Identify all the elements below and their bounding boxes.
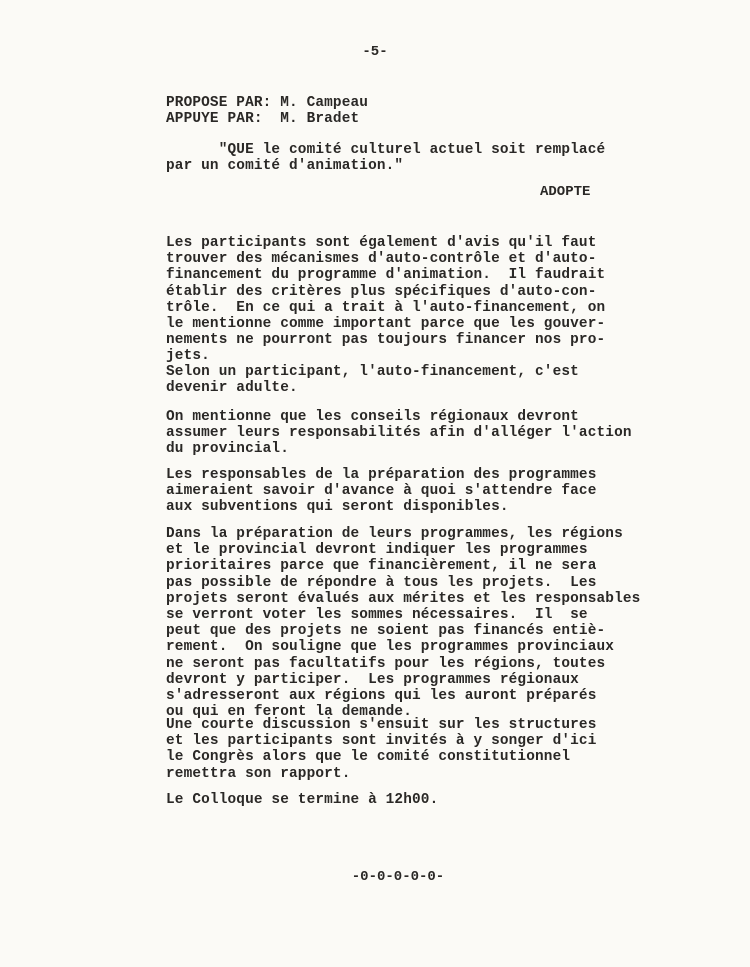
paragraph: Selon un participant, l'auto-financement… [166,364,579,396]
text-line: Dans la préparation de leurs programmes,… [166,526,640,542]
paragraph: On mentionne que les conseils régionaux … [166,409,632,458]
text-line: devenir adulte. [166,380,579,396]
resolution-line: par un comité d'animation." [166,158,403,174]
seconded-by: APPUYE PAR: M. Bradet [166,111,359,127]
motion-status: ADOPTE [540,184,590,200]
text-line: projets seront évalués aux mérites et le… [166,591,640,607]
text-line: rement. On souligne que les programmes p… [166,639,640,655]
text-line: financement du programme d'animation. Il… [166,267,605,283]
text-line: devront y participer. Les programmes rég… [166,672,640,688]
text-line: le mentionne comme important parce que l… [166,316,605,332]
paragraph: Dans la préparation de leurs programmes,… [166,526,640,720]
text-line: peut que des projets ne soient pas finan… [166,623,640,639]
text-line: pas possible de répondre à tous les proj… [166,575,640,591]
paragraph: Les responsables de la préparation des p… [166,467,597,516]
text-line: et les participants sont invités à y son… [166,733,597,749]
text-line: assumer leurs responsabilités afin d'all… [166,425,632,441]
text-line: s'adresseront aux régions qui les auront… [166,688,640,704]
text-line: du provincial. [166,441,632,457]
text-line: Le Colloque se termine à 12h00. [166,792,438,808]
paragraph: Une courte discussion s'ensuit sur les s… [166,717,597,782]
end-mark: -0-0-0-0-0- [0,869,750,885]
text-line: le Congrès alors que le comité constitut… [166,749,597,765]
text-line: prioritaires parce que financièrement, i… [166,558,640,574]
text-line: ne seront pas facultatifs pour les régio… [166,656,640,672]
text-line: jets. [166,348,605,364]
text-line: se verront voter les sommes nécessaires.… [166,607,640,623]
page-number: -5- [0,44,750,60]
paragraph: Le Colloque se termine à 12h00. [166,792,438,808]
text-line: Les participants sont également d'avis q… [166,235,605,251]
text-line: et le provincial devront indiquer les pr… [166,542,640,558]
text-line: trouver des mécanismes d'auto-contrôle e… [166,251,605,267]
proposed-by: PROPOSE PAR: M. Campeau [166,95,368,111]
text-line: Une courte discussion s'ensuit sur les s… [166,717,597,733]
text-line: établir des critères plus spécifiques d'… [166,284,605,300]
text-line: On mentionne que les conseils régionaux … [166,409,632,425]
paragraph: Les participants sont également d'avis q… [166,235,605,365]
text-line: Selon un participant, l'auto-financement… [166,364,579,380]
text-line: trôle. En ce qui a trait à l'auto-financ… [166,300,605,316]
text-line: Les responsables de la préparation des p… [166,467,597,483]
text-line: aimeraient savoir d'avance à quoi s'atte… [166,483,597,499]
text-line: aux subventions qui seront disponibles. [166,499,597,515]
text-line: remettra son rapport. [166,766,597,782]
text-line: nements ne pourront pas toujours finance… [166,332,605,348]
resolution-line: "QUE le comité culturel actuel soit remp… [166,142,605,158]
